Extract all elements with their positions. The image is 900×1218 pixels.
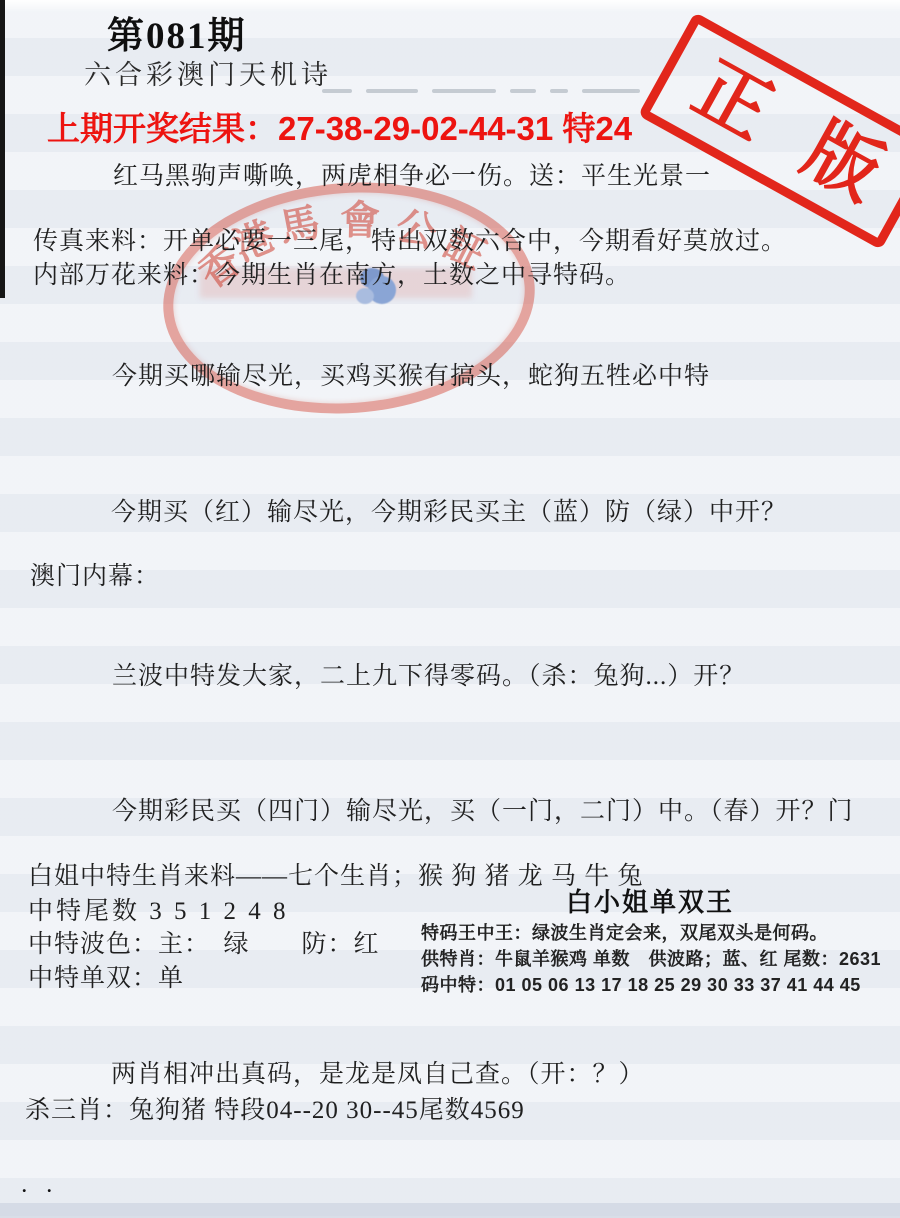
tail-numbers-line: 中特尾数 3 5 1 2 4 8 [28, 898, 289, 927]
tip-color-line: 今期买（红）输尽光，今期彩民买主（蓝）防（绿）中开？ [111, 499, 787, 528]
issue-title: 第081期 [107, 16, 247, 59]
kill-three-line: 杀三肖：兔狗猪 特段04--20 30--45尾数4569 [25, 1097, 525, 1126]
tip-gate-line: 今期彩民买（四门）输尽光，买（一门，二门）中。（春）开？门 [112, 798, 854, 827]
right-box-title: 白小姐单双王 [566, 888, 734, 918]
tip-buy-line: 今期买哪输尽光，买鸡买猴有搞头，蛇狗五牲必中特 [112, 363, 710, 392]
fax-tip-line: 传真来料：开单必要一三尾，特出双数六合中，今期看好莫放过。 [33, 228, 787, 257]
zodiac-tip-line: 白姐中特生肖来料——七个生肖；猴 狗 猪 龙 马 牛 兔 [28, 863, 644, 892]
wave-color-line: 中特波色：主： 绿 防：红 [28, 931, 380, 960]
poem-line: 红马黑驹声嘶唤，两虎相争必一伤。送：平生光景一 [113, 163, 711, 192]
genuine-stamp-char1: 正 [683, 50, 784, 151]
previous-result-line: 上期开奖结果：27-38-29-02-44-31 特24 [47, 110, 632, 148]
erased-text-smudges [322, 89, 662, 95]
scan-edge-artifact [0, 0, 5, 298]
odd-even-line: 中特单双：单 [28, 965, 184, 994]
scan-bottom-strip [0, 1203, 900, 1218]
internal-tip-line: 内部万花来料：今期生肖在南方，土数之中寻特码。 [33, 262, 631, 291]
tip-clash-line: 两肖相冲出真码，是龙是凤自己查。（开：？） [111, 1061, 645, 1090]
scanned-lottery-sheet: 香 港 馬 會 公 証 第081期 六合彩澳门天机诗 上期开奖结果：27-38-… [0, 0, 900, 1218]
right-box-line1: 特码王中王：绿波生肖定会来，双尾双头是何码。 [421, 923, 828, 944]
right-box-line3: 码中特：01 05 06 13 17 18 25 29 30 33 37 41 … [421, 975, 861, 996]
right-box-line2: 供特肖：牛鼠羊猴鸡 单数 供波路；蓝、红 尾数：2631 [421, 949, 881, 970]
footer-dots: . . [22, 1176, 60, 1197]
tip-wave-line: 兰波中特发大家，二上九下得零码。（杀：兔狗...）开？ [112, 663, 745, 692]
sheet-subtitle: 六合彩澳门天机诗 [84, 60, 332, 91]
macau-insider-label: 澳门内幕： [30, 563, 160, 592]
genuine-stamp-char2: 版 [793, 111, 894, 212]
genuine-stamp: 正 版 [638, 12, 900, 250]
